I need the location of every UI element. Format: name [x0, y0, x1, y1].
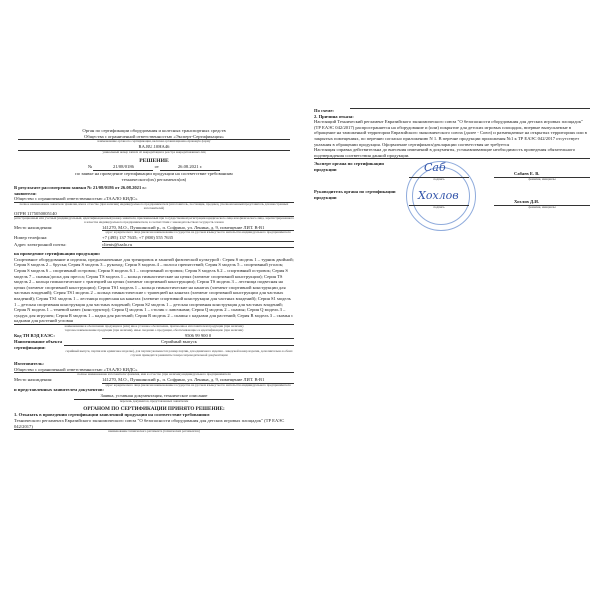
expert-role: Эксперт органа по сертификации продукции [314, 161, 404, 172]
certification-body-name: Орган по сертификации оборудования и кол… [14, 128, 294, 139]
head-name-caption: фамилия, инициалы [494, 206, 590, 210]
decision-number: 21/08/0186 [93, 164, 153, 171]
expert-signature-caption: подпись [409, 178, 469, 182]
decision-number-line: № 21/08/0186 от 26.08.2021 г. [14, 164, 294, 171]
validity-text: Настоящая справка действительна до внесе… [314, 147, 590, 159]
accreditation-caption: уникальный номер записи об аккредитации … [14, 151, 294, 155]
decision-date: 26.08.2021 г. [160, 164, 220, 171]
product-description: Спортивное оборудование и изделия, предн… [14, 257, 294, 325]
object-value: Серийный выпуск [64, 339, 294, 346]
head-signature-caption: подпись [409, 206, 469, 210]
email-row: Адрес электронной почты: clients@taalo.r… [14, 242, 294, 249]
decision-page-1: Орган по сертификации оборудования и кол… [0, 0, 300, 600]
decision-subtitle: по заявке на проведение сертификации про… [14, 171, 294, 182]
reason-text: Настоящий Технический регламент Евразийс… [314, 119, 590, 147]
tnved-code: 9506 99 900 0 [102, 333, 294, 340]
phone-row: Номер телефона: +7 (495) 137 7635; +7 (8… [14, 235, 294, 242]
object-caption: серийный выпуск, партия или единичное из… [64, 350, 294, 358]
email-value: clients@taalo.ru [102, 242, 294, 249]
expert-name: Сабаев Е. В. [514, 171, 539, 177]
applicant-caption: полное наименование заявителя/ фамилия, … [14, 203, 294, 211]
manufacturer-address-caption: адрес юридического лица (включая наимено… [102, 384, 294, 388]
expert-signature: Саб [424, 161, 446, 174]
decision-page-2: По схеме: 2. Причина отказа: Настоящий Т… [300, 0, 600, 600]
ogrn-caption: регистрационный или учетный (индивидуаль… [14, 217, 294, 225]
tnved-row: Код ТН ВЭД ЕАЭС: 9506 99 900 0 [14, 333, 294, 340]
head-role: Руководитель органа по сертификации прод… [314, 189, 404, 200]
head-signature: Хохлов [418, 189, 459, 202]
regulation-caption: наименование технического регламента (те… [14, 430, 294, 434]
head-name: Хохлов Д.И. [514, 199, 539, 205]
expert-name-caption: фамилия, инициалы [494, 178, 590, 182]
phone-value: +7 (495) 137 7635; +7 (800) 555 7635 [102, 235, 294, 242]
signatures-block: Эксперт органа по сертификации продукции… [314, 159, 590, 229]
